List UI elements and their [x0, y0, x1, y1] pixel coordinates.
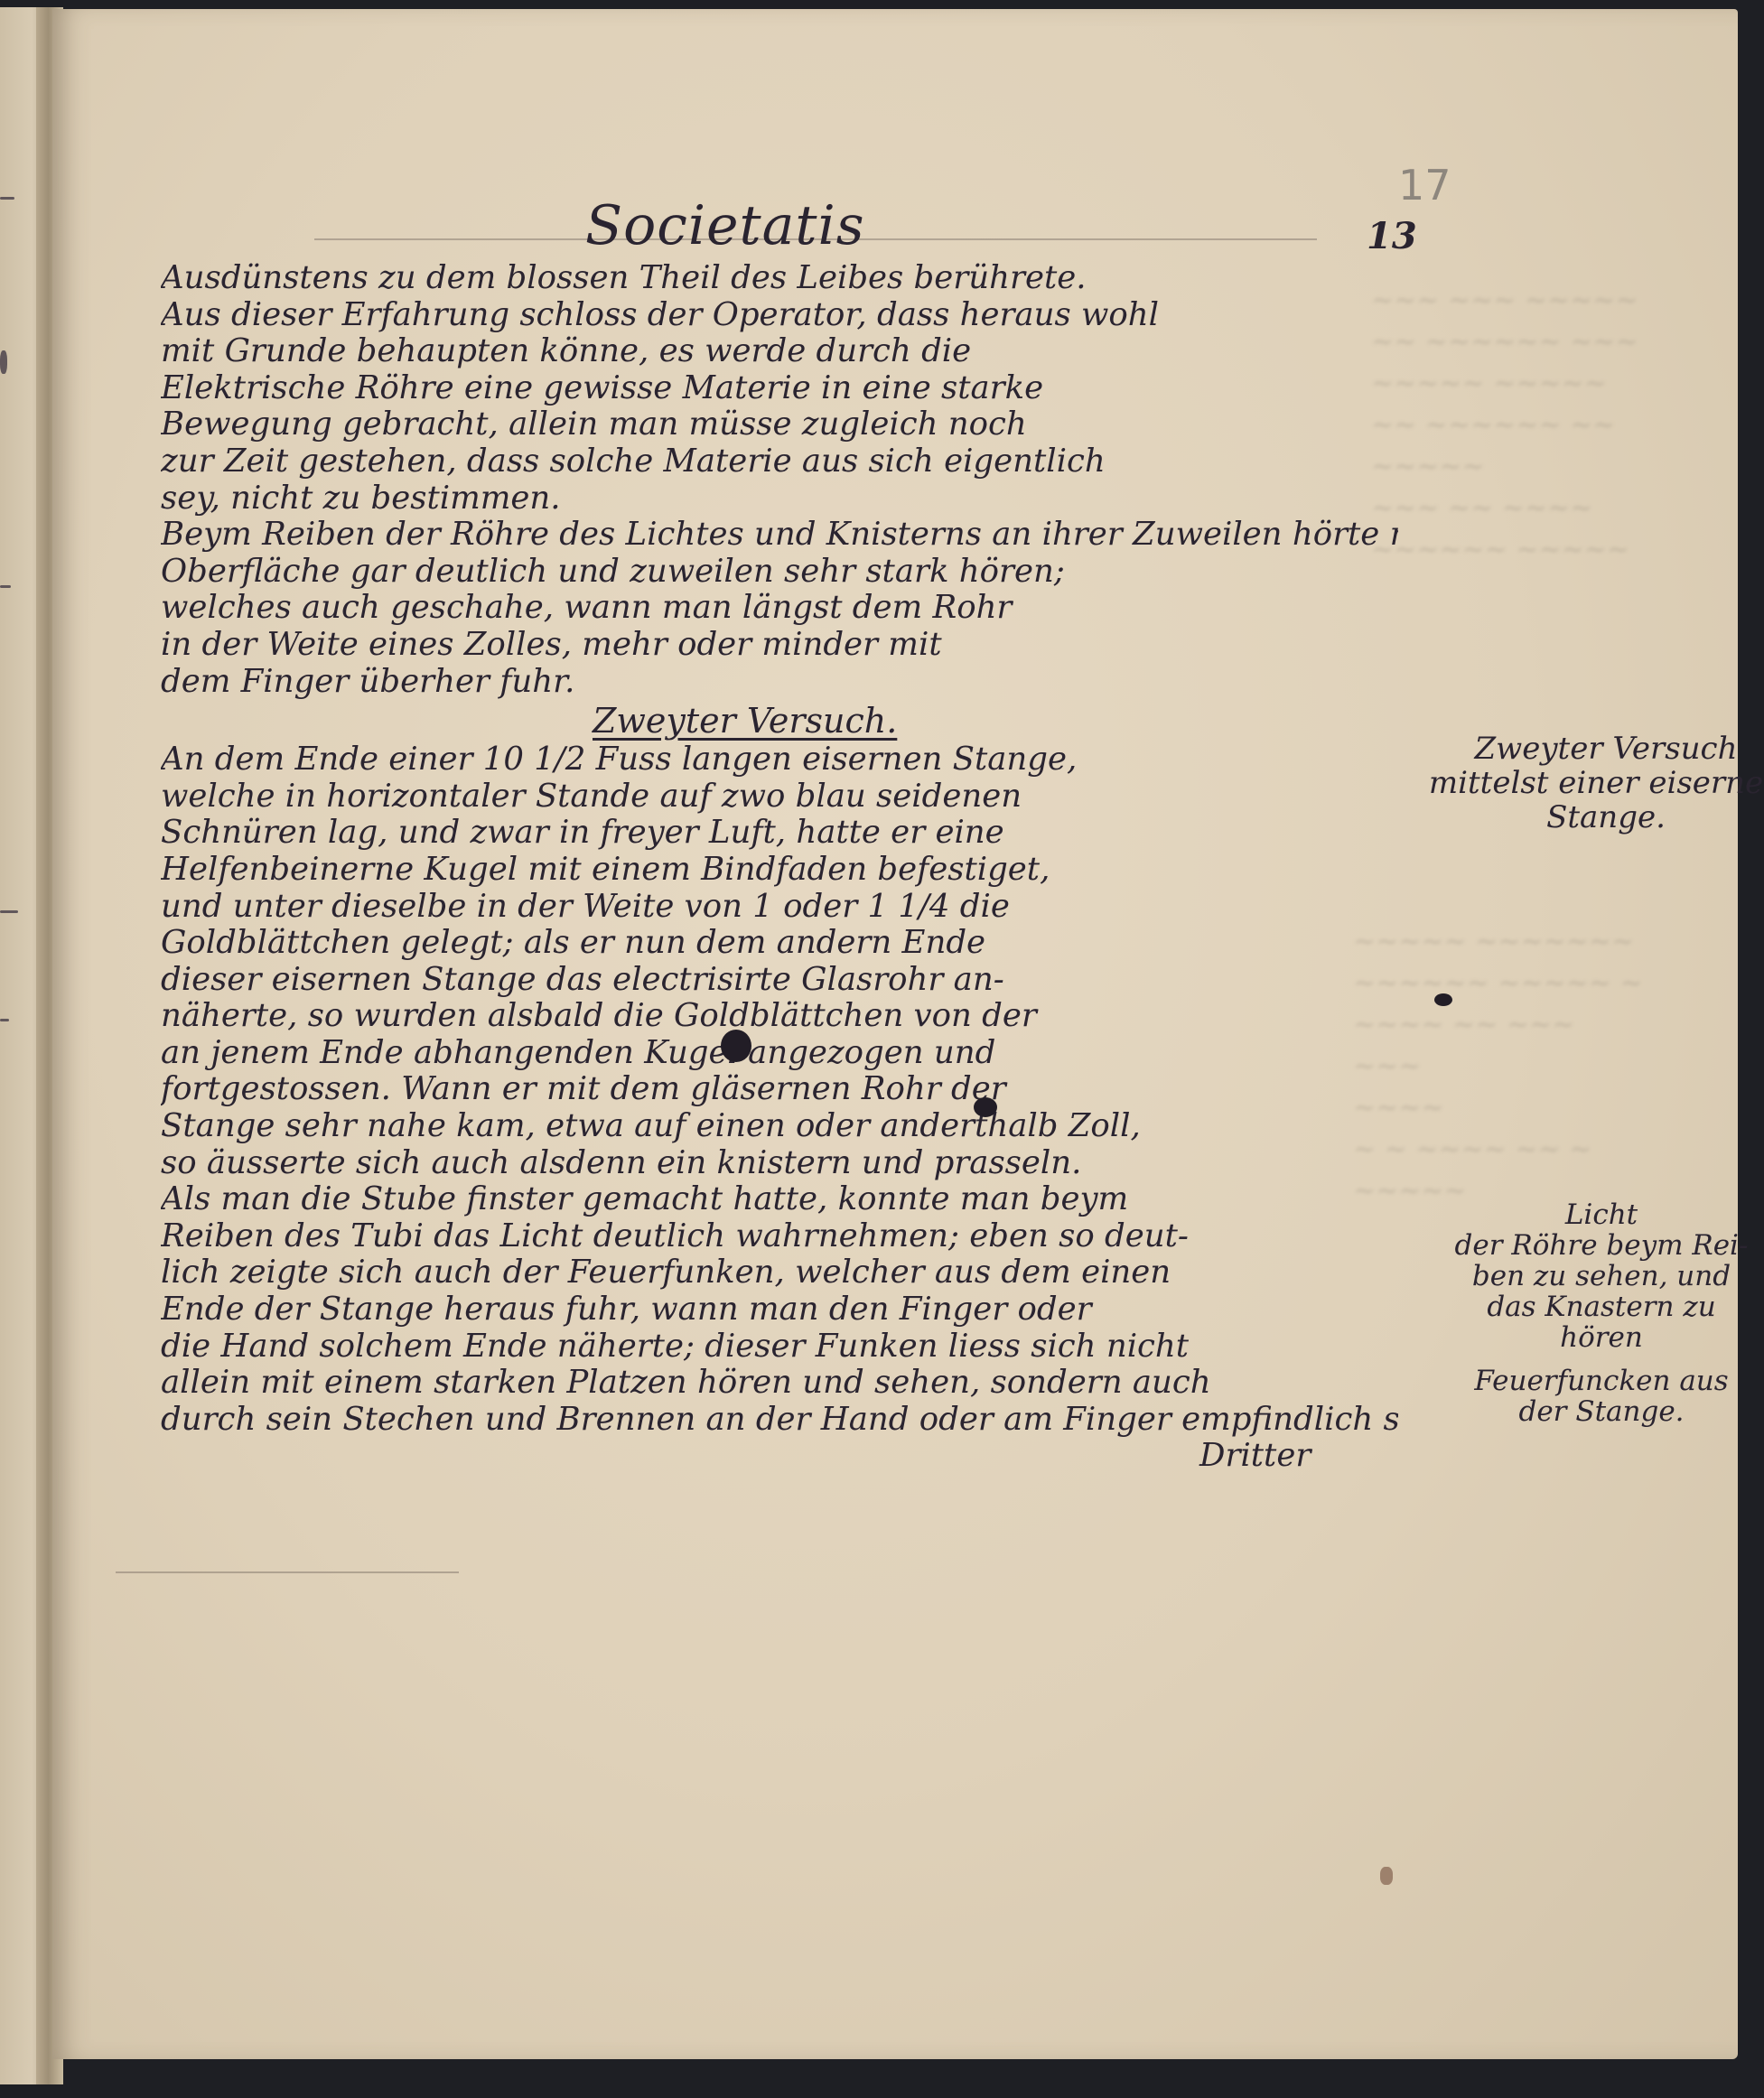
text-line: Bewegung gebracht, allein man müsse zugl… — [161, 406, 1398, 443]
margin-note-line: der Stange. — [1412, 1396, 1764, 1427]
ruled-line — [116, 1571, 459, 1573]
ink-bleed-mark — [0, 910, 18, 913]
text-line: Ende der Stange heraus fuhr, wann man de… — [161, 1291, 1398, 1329]
pencil-folio-number: 17 — [1398, 161, 1451, 210]
section-heading-text: Zweyter Versuch. — [593, 701, 897, 741]
text-line: Elektrische Röhre eine gewisse Materie i… — [161, 370, 1398, 407]
folio-number: 13 — [1367, 215, 1417, 257]
text-line: Beym Reiben der Röhre des Lichtes und Kn… — [161, 517, 1398, 554]
text-line: so äusserte sich auch alsdenn ein kniste… — [161, 1145, 1398, 1182]
text-line: Ausdünstens zu dem blossen Theil des Lei… — [161, 260, 1398, 297]
text-line: Stange sehr nahe kam, etwa auf einen ode… — [161, 1108, 1398, 1145]
running-head: Societatis — [585, 194, 865, 257]
body-text: Ausdünstens zu dem blossen Theil des Lei… — [161, 260, 1398, 1475]
paper-stain — [1380, 1867, 1393, 1885]
margin-note: Zweyter Versuch mittelst einer eisernen … — [1407, 732, 1764, 835]
margin-note: Licht der Röhre beym Rei- ben zu sehen, … — [1412, 1199, 1764, 1427]
text-line: und unter dieselbe in der Weite von 1 od… — [161, 889, 1398, 926]
text-line: an jenem Ende abhangenden Kugel angezoge… — [161, 1035, 1398, 1072]
margin-note-line: Feuerfuncken aus — [1412, 1366, 1764, 1396]
text-line: fortgestossen. Wann er mit dem gläsernen… — [161, 1071, 1398, 1108]
ink-bleed-mark — [0, 585, 11, 588]
text-line: zur Zeit gestehen, dass solche Materie a… — [161, 443, 1398, 480]
text-line: Aus dieser Erfahrung schloss der Operato… — [161, 297, 1398, 334]
text-line: welches auch geschahe, wann man längst d… — [161, 590, 1398, 627]
text-line: allein mit einem starken Platzen hören u… — [161, 1365, 1398, 1402]
show-through-text: ~~~ ~~~ ~~~~~~~ ~~~~~~ ~~~~~~~~ ~~~~~~~ … — [1371, 280, 1669, 571]
ink-blot — [1434, 993, 1452, 1006]
text-line: An dem Ende einer 10 1/2 Fuss langen eis… — [161, 741, 1398, 779]
text-line: näherte, so wurden alsbald die Goldblätt… — [161, 998, 1398, 1035]
margin-note-line: mittelst einer eisernen — [1407, 766, 1764, 800]
margin-note-line: ben zu sehen, und — [1412, 1261, 1764, 1291]
text-line: Oberfläche gar deutlich und zuweilen seh… — [161, 554, 1398, 591]
text-line: Als man die Stube finster gemacht hatte,… — [161, 1181, 1398, 1218]
manuscript-scan: ~~~ ~~~ ~~~~~~~ ~~~~~~ ~~~~~~~~ ~~~~~~~ … — [0, 0, 1764, 2098]
ink-bleed-mark — [0, 197, 14, 200]
margin-note-line: Stange. — [1407, 800, 1764, 835]
ink-blot — [974, 1097, 997, 1117]
ink-bleed-mark — [0, 1019, 9, 1021]
margin-note-line: das Knastern zu — [1412, 1291, 1764, 1322]
text-line: Reiben des Tubi das Licht deutlich wahrn… — [161, 1218, 1398, 1255]
catchword: Dritter — [161, 1438, 1398, 1475]
text-line: lich zeigte sich auch der Feuerfunken, w… — [161, 1254, 1398, 1291]
text-line: dieser eisernen Stange das electrisirte … — [161, 962, 1398, 999]
ink-bleed-mark — [0, 350, 7, 374]
text-line: Schnüren lag, und zwar in freyer Luft, h… — [161, 815, 1398, 852]
text-line: in der Weite eines Zolles, mehr oder min… — [161, 627, 1398, 664]
text-line: mit Grunde behaupten könne, es werde dur… — [161, 333, 1398, 370]
margin-note-line: hören — [1412, 1322, 1764, 1353]
text-line: Helfenbeinerne Kugel mit einem Bindfaden… — [161, 852, 1398, 889]
margin-note-line: Licht — [1412, 1199, 1764, 1230]
manuscript-page: ~~~ ~~~ ~~~~~~~ ~~~~~~ ~~~~~~~~ ~~~~~~~ … — [52, 9, 1738, 2059]
text-line: Goldblättchen gelegt; als er nun dem and… — [161, 925, 1398, 962]
margin-note-line: Zweyter Versuch — [1407, 732, 1764, 766]
text-line: die Hand solchem Ende näherte; dieser Fu… — [161, 1329, 1398, 1366]
section-heading: Zweyter Versuch. — [161, 700, 1398, 741]
text-line: sey, nicht zu bestimmen. — [161, 480, 1398, 518]
text-line: dem Finger überher fuhr. — [161, 664, 1398, 701]
text-line: durch sein Stechen und Brennen an der Ha… — [161, 1402, 1398, 1439]
ink-blot — [721, 1030, 751, 1062]
text-line: welche in horizontaler Stande auf zwo bl… — [161, 779, 1398, 816]
margin-note-line: der Röhre beym Rei- — [1412, 1230, 1764, 1261]
